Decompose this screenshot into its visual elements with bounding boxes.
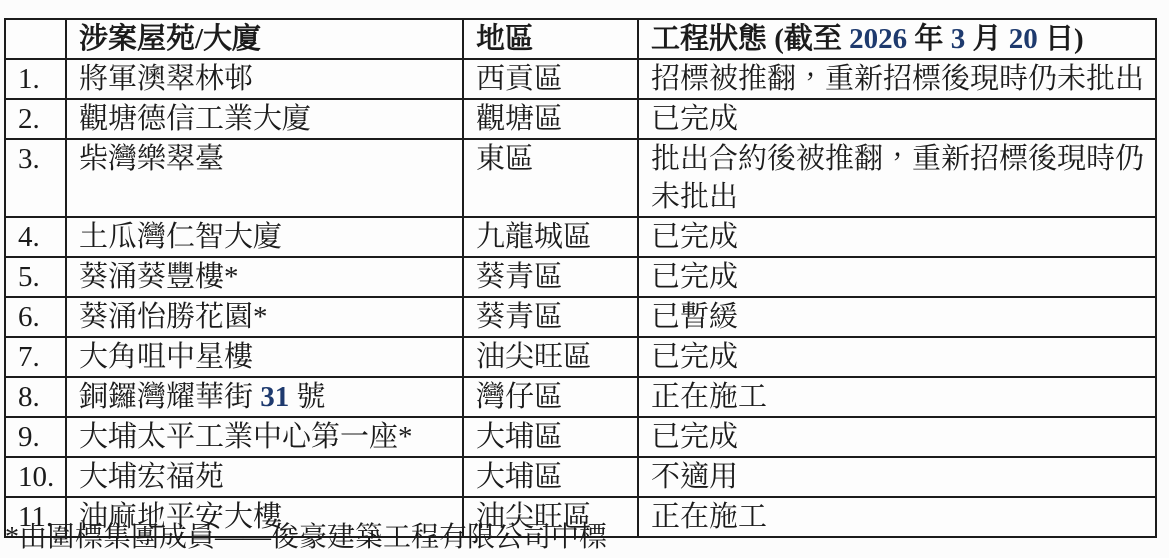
cell-district: 東區 — [463, 139, 638, 217]
table-row: 8. 銅鑼灣耀華街 31 號 灣仔區 正在施工 — [5, 377, 1156, 417]
cell-status: 正在施工 — [638, 377, 1156, 417]
cell-district: 西貢區 — [463, 59, 638, 99]
cell-district: 葵青區 — [463, 297, 638, 337]
table-header-row: 涉案屋苑/大廈 地區 工程狀態 (截至 2026 年 3 月 20 日) — [5, 19, 1156, 59]
cell-district: 葵青區 — [463, 257, 638, 297]
cell-building: 葵涌怡勝花園* — [66, 297, 463, 337]
works-status-table: 涉案屋苑/大廈 地區 工程狀態 (截至 2026 年 3 月 20 日) 1. … — [4, 18, 1157, 538]
cell-district: 觀塘區 — [463, 99, 638, 139]
cell-building: 觀塘德信工業大廈 — [66, 99, 463, 139]
cell-status: 已完成 — [638, 99, 1156, 139]
cell-district: 九龍城區 — [463, 217, 638, 257]
cell-district: 油尖旺區 — [463, 337, 638, 377]
table-row: 4. 土瓜灣仁智大廈 九龍城區 已完成 — [5, 217, 1156, 257]
document-page: 涉案屋苑/大廈 地區 工程狀態 (截至 2026 年 3 月 20 日) 1. … — [0, 0, 1169, 558]
table-row: 10. 大埔宏福苑 大埔區 不適用 — [5, 457, 1156, 497]
cell-index: 10. — [5, 457, 66, 497]
table-row: 7. 大角咀中星樓 油尖旺區 已完成 — [5, 337, 1156, 377]
table-row: 2. 觀塘德信工業大廈 觀塘區 已完成 — [5, 99, 1156, 139]
cell-status: 招標被推翻，重新招標後現時仍未批出 — [638, 59, 1156, 99]
cell-building: 葵涌葵豐樓* — [66, 257, 463, 297]
cell-district: 灣仔區 — [463, 377, 638, 417]
cell-building: 柴灣樂翠臺 — [66, 139, 463, 217]
cell-status: 不適用 — [638, 457, 1156, 497]
cell-status: 已暫緩 — [638, 297, 1156, 337]
column-header-status: 工程狀態 (截至 2026 年 3 月 20 日) — [638, 19, 1156, 59]
cell-index: 3. — [5, 139, 66, 217]
table-row: 9. 大埔太平工業中心第一座* 大埔區 已完成 — [5, 417, 1156, 457]
cell-status: 已完成 — [638, 337, 1156, 377]
cell-status: 已完成 — [638, 417, 1156, 457]
cell-index: 7. — [5, 337, 66, 377]
cell-building: 土瓜灣仁智大廈 — [66, 217, 463, 257]
cell-building: 大埔宏福苑 — [66, 457, 463, 497]
cell-status: 已完成 — [638, 217, 1156, 257]
cell-district: 大埔區 — [463, 457, 638, 497]
cell-index: 1. — [5, 59, 66, 99]
cell-building: 銅鑼灣耀華街 31 號 — [66, 377, 463, 417]
cell-building: 大角咀中星樓 — [66, 337, 463, 377]
cell-index: 9. — [5, 417, 66, 457]
footnote-bid-rigging: *由圍標集團成員——俊豪建築工程有限公司中標 — [5, 521, 607, 555]
table-row: 1. 將軍澳翠林邨 西貢區 招標被推翻，重新招標後現時仍未批出 — [5, 59, 1156, 99]
cell-index: 6. — [5, 297, 66, 337]
cell-index: 8. — [5, 377, 66, 417]
column-header-index — [5, 19, 66, 59]
table-row: 5. 葵涌葵豐樓* 葵青區 已完成 — [5, 257, 1156, 297]
cell-index: 5. — [5, 257, 66, 297]
column-header-district: 地區 — [463, 19, 638, 59]
cell-building: 將軍澳翠林邨 — [66, 59, 463, 99]
cell-district: 大埔區 — [463, 417, 638, 457]
cell-status: 正在施工 — [638, 497, 1156, 537]
table-row: 6. 葵涌怡勝花園* 葵青區 已暫緩 — [5, 297, 1156, 337]
column-header-building: 涉案屋苑/大廈 — [66, 19, 463, 59]
cell-status: 批出合約後被推翻，重新招標後現時仍未批出 — [638, 139, 1156, 217]
cell-status: 已完成 — [638, 257, 1156, 297]
cell-building: 大埔太平工業中心第一座* — [66, 417, 463, 457]
cell-index: 4. — [5, 217, 66, 257]
cell-index: 2. — [5, 99, 66, 139]
table-row: 3. 柴灣樂翠臺 東區 批出合約後被推翻，重新招標後現時仍未批出 — [5, 139, 1156, 217]
